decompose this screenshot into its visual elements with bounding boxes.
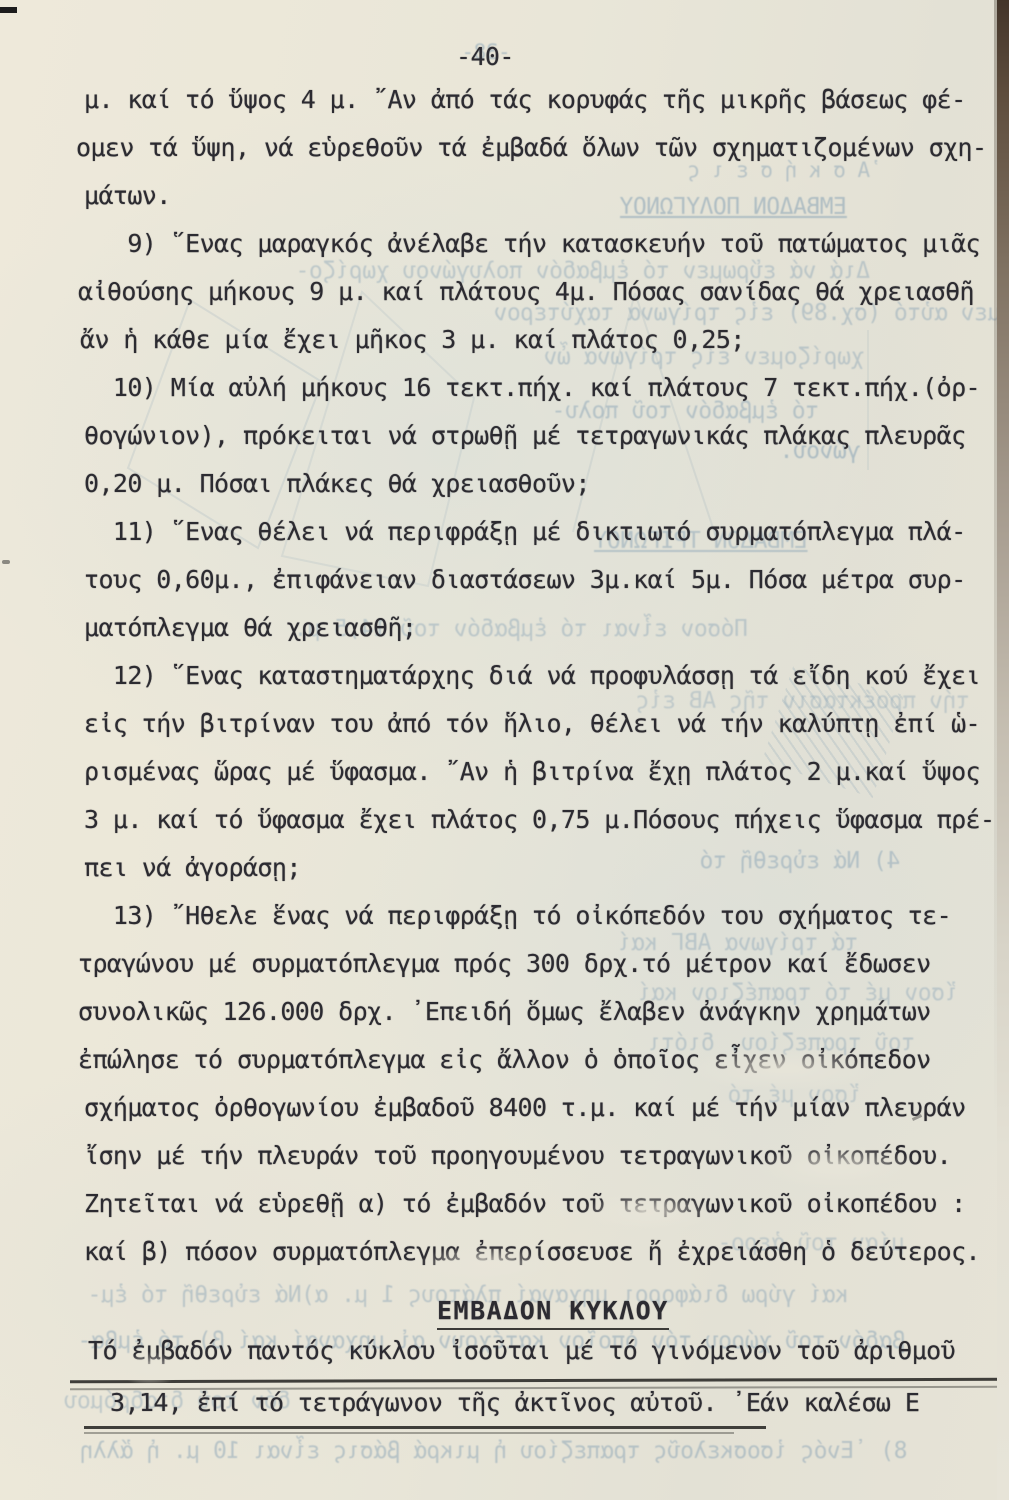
- text-line: 11) ῞Ενας θέλει νά περιφράξῃ μέ δικτιωτό…: [84, 508, 1004, 556]
- text-line: ματόπλεγμα θά χρειασθῆ;: [84, 604, 1004, 652]
- ink-fade-spot: [688, 1048, 878, 1090]
- scan-artifact: [0, 7, 17, 13]
- text-line: θογώνιον), πρόκειται νά στρωθῇ μέ τετραγ…: [84, 412, 1004, 460]
- page-edge-shadow: [994, 0, 997, 1125]
- definition-line: 3,14, ἐπί τό τετράγωνον τῆς ἀκτῖνος αὐτο…: [110, 1388, 919, 1417]
- ink-fade-spot: [582, 1193, 712, 1231]
- page-number: -40-: [456, 42, 514, 71]
- text-line: ἄν ἡ κάθε μία ἔχει μῆκος 3 μ. καί πλάτος…: [80, 316, 1004, 364]
- text-line: αἰθούσης μήκους 9 μ. καί πλάτους 4μ. Πόσ…: [78, 268, 1004, 316]
- text-line: τους 0,60μ., ἐπιφάνειαν διαστάσεων 3μ.κα…: [84, 556, 1004, 604]
- ink-fade-spot: [120, 1352, 180, 1386]
- text-line: εἰς τήν βιτρίναν του ἀπό τόν ἥλιο, θέλει…: [84, 700, 1004, 748]
- text-line: 3 μ. καί τό ὕφασμα ἔχει πλάτος 0,75 μ.Πό…: [84, 796, 1004, 844]
- text-line: τραγώνου μέ συρματόπλεγμα πρός 300 δρχ.τ…: [78, 940, 1004, 988]
- scan-artifact: [2, 560, 10, 564]
- text-line: ρισμένας ὥρας μέ ὕφασμα. ῎Αν ἡ βιτρίνα ἔ…: [84, 748, 1004, 796]
- page-edge-shadow: [997, 0, 1009, 1500]
- text-line: 10) Μία αὐλή μήκους 16 τεκτ.πήχ. καί πλά…: [84, 364, 1004, 412]
- section-heading-area-of-circle: ΕΜΒΑΔΟΝ ΚΥΚΛΟΥ: [437, 1296, 669, 1330]
- text-line: 13) ῎Ηθελε ἕνας νά περιφράξῃ τό οἰκόπεδό…: [84, 892, 1004, 940]
- ink-fade-spot: [418, 1246, 548, 1282]
- underline: [84, 1426, 766, 1429]
- text-line: 12) ῞Ενας καταστηματάρχης διά νά προφυλά…: [84, 652, 1004, 700]
- text-line: μ. καί τό ὕψος 4 μ. ῎Αν ἀπό τάς κορυφάς …: [84, 76, 1004, 124]
- scanned-page: -38- ᾿Α σ κ ή σ ε ι ς ΕΜΒΑΔΟΝ ΠΟΛΥΓΩΝΟΥ …: [0, 0, 1009, 1500]
- text-line: πει νά ἀγοράσῃ;: [84, 844, 1004, 892]
- bleedthrough-text: 8) ῾Ενός ἰσοσκελοῦς τραπεζίου ἡ μικρά βά…: [80, 1438, 908, 1464]
- text-line: σχήματος ὀρθογωνίου ἐμβαδοῦ 8400 τ.μ. κα…: [84, 1084, 1004, 1132]
- text-line: μάτων.: [84, 172, 1004, 220]
- text-line: 9) ῞Ενας μαραγκός ἀνέλαβε τήν κατασκευήν…: [84, 220, 1004, 268]
- text-line: συνολικῶς 126.000 δρχ. ᾿Επειδή ὅμως ἔλαβ…: [78, 988, 1004, 1036]
- text-line: ομεν τά ὕψη, νά εὑρεθοῦν τά ἐμβαδά ὅλων …: [76, 124, 1004, 172]
- underline: [84, 1432, 734, 1434]
- exercise-text-block: μ. καί τό ὕψος 4 μ. ῎Αν ἀπό τάς κορυφάς …: [84, 76, 1004, 1276]
- definition-line: Τό ἐμβαδόν παντός κύκλου ἰσοῦται μέ τό γ…: [88, 1336, 955, 1365]
- ink-fade-spot: [758, 1146, 918, 1188]
- text-line: 0,20 μ. Πόσαι πλάκες θά χρειασθοῦν;: [84, 460, 1004, 508]
